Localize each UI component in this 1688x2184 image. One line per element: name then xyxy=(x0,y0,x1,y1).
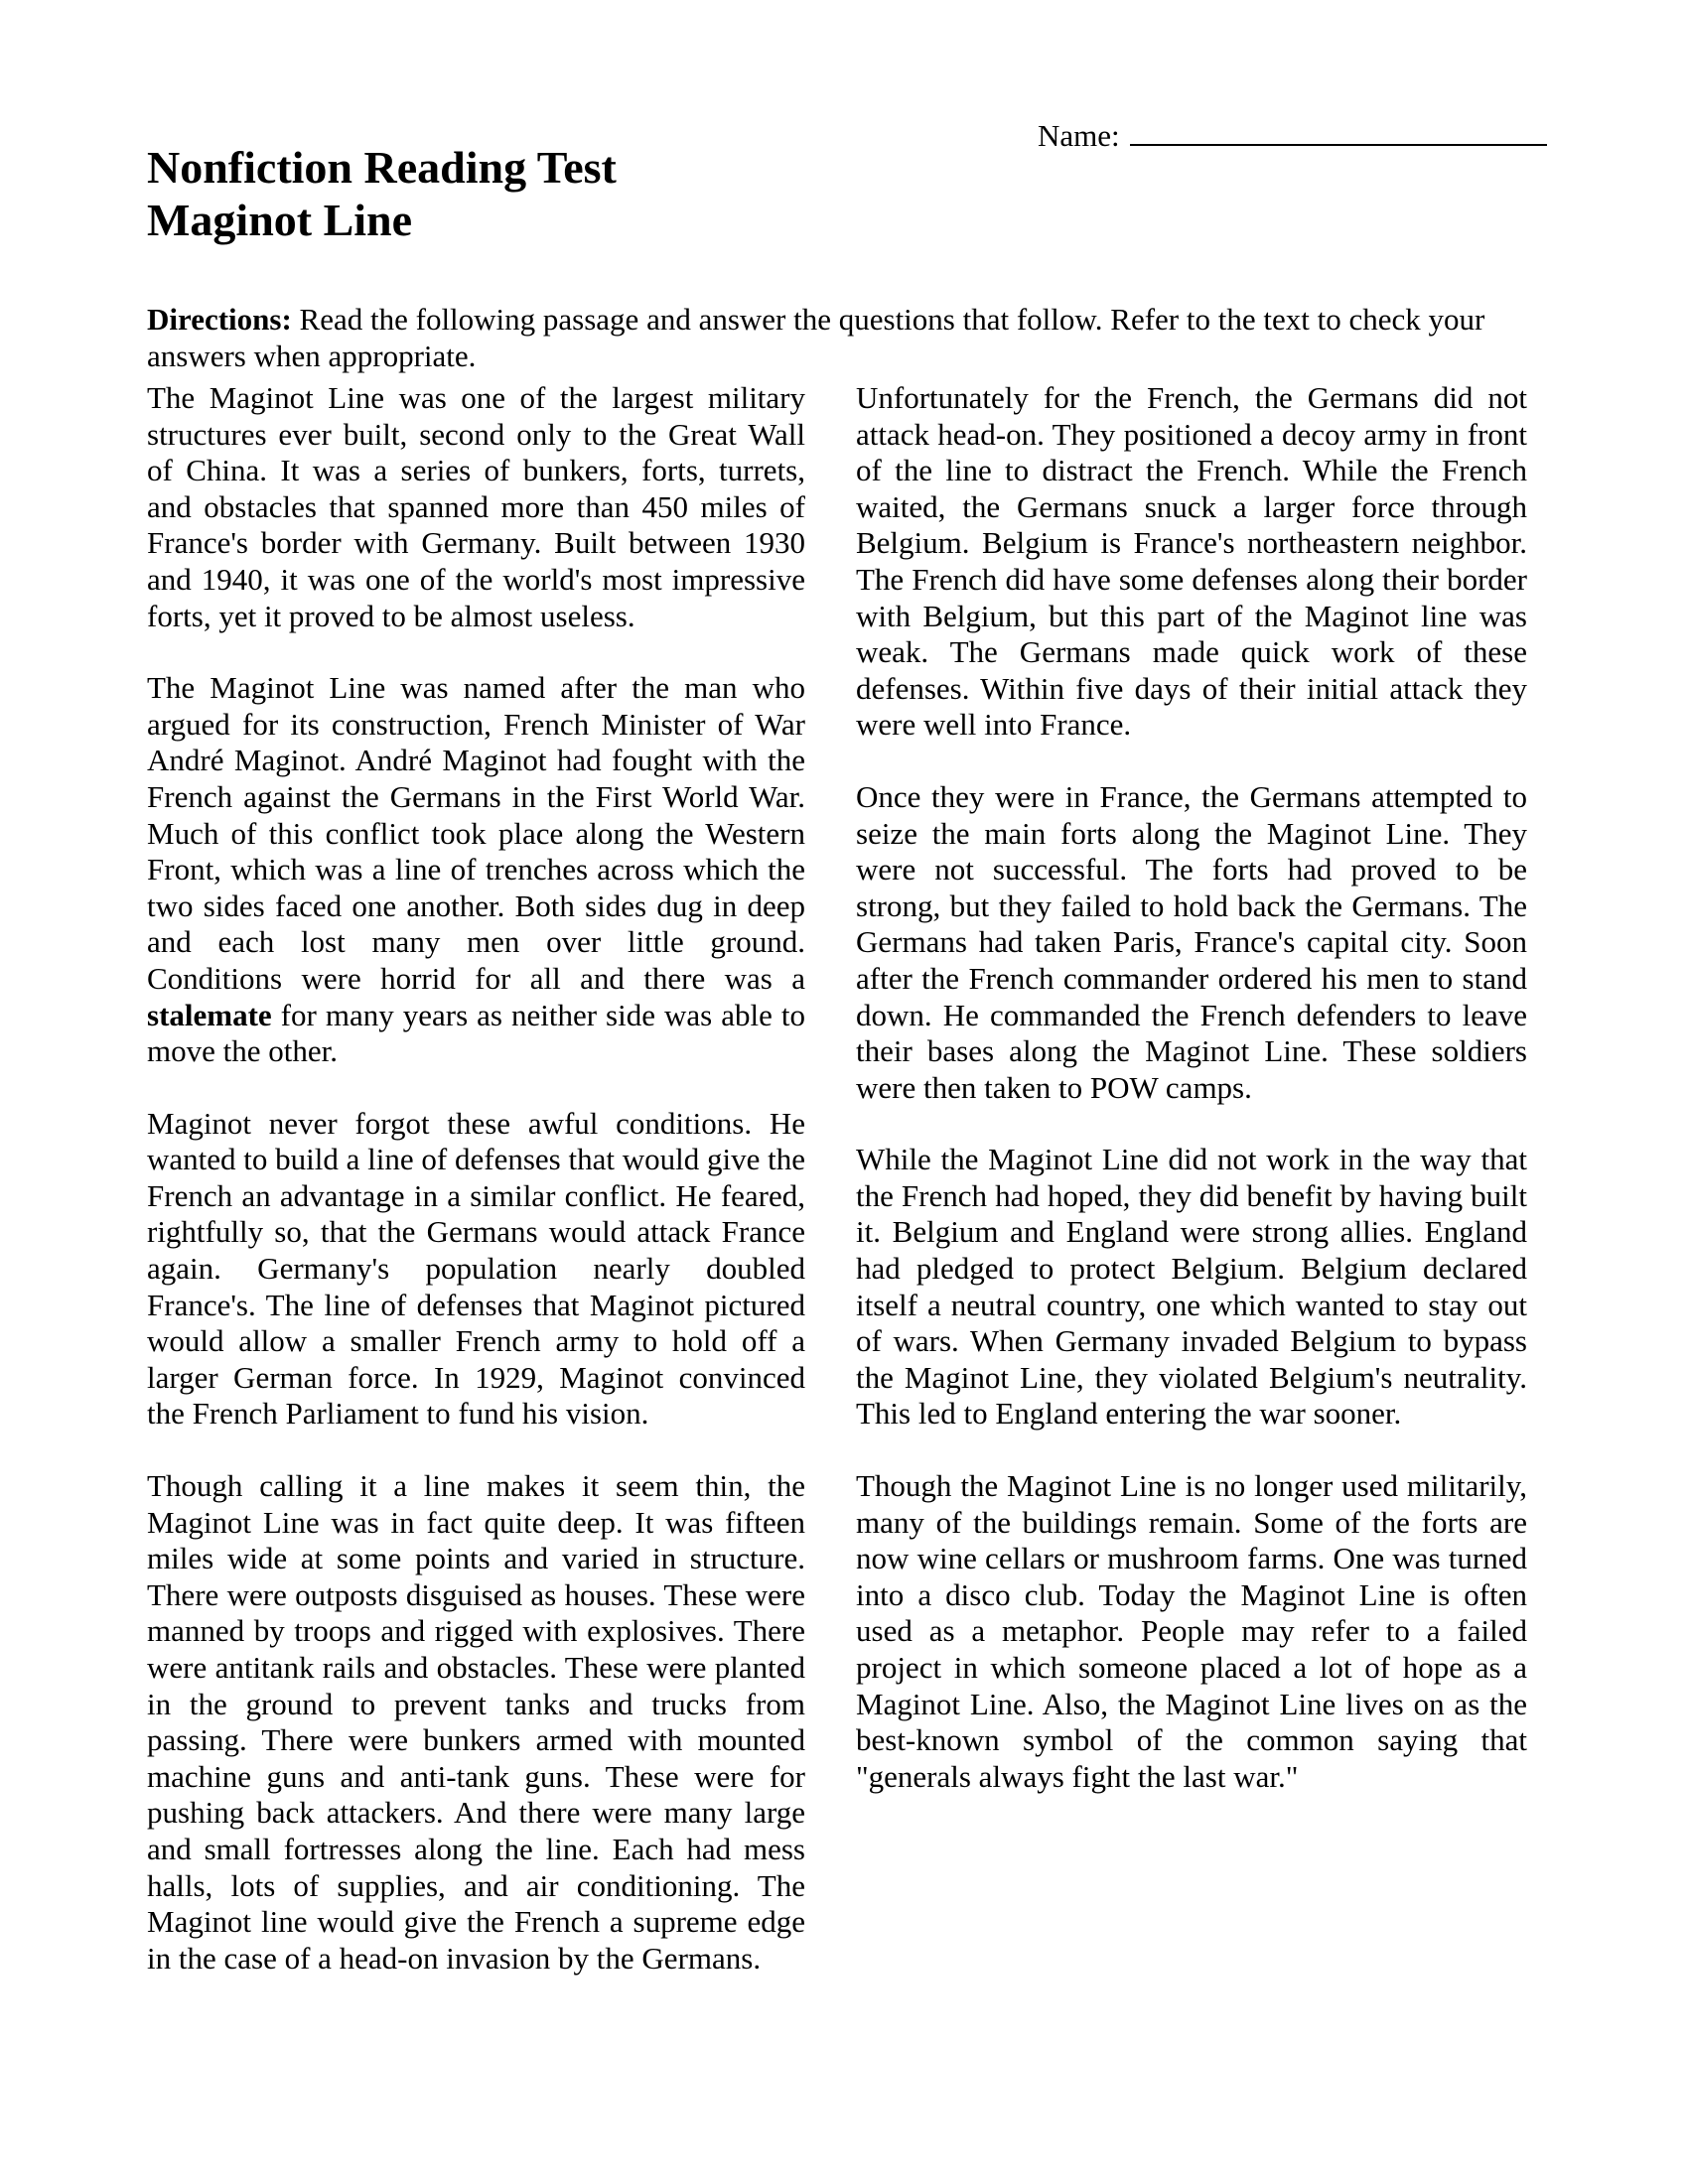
paragraph-text: The Maginot Line was one of the largest … xyxy=(147,380,805,633)
paragraph-text: Once they were in France, the Germans at… xyxy=(856,779,1527,1105)
passage-column-right: Unfortunately for the French, the German… xyxy=(856,380,1527,1977)
worksheet-page: Name: Nonfiction Reading Test Maginot Li… xyxy=(0,0,1688,2184)
directions-label: Directions: xyxy=(147,302,292,337)
passage-paragraph-1: The Maginot Line was one of the largest … xyxy=(147,380,805,634)
passage-paragraph-8: Though the Maginot Line is no longer use… xyxy=(856,1468,1527,1795)
passage-paragraph-4: Though calling it a line makes it seem t… xyxy=(147,1468,805,1977)
passage-paragraph-6: Once they were in France, the Germans at… xyxy=(856,779,1527,1106)
paragraph-text: Maginot never forgot these awful conditi… xyxy=(147,1106,805,1432)
page-title: Nonfiction Reading Test Maginot Line xyxy=(147,141,617,246)
passage-paragraph-2: The Maginot Line was named after the man… xyxy=(147,670,805,1070)
name-label: Name: xyxy=(1038,118,1120,153)
directions: Directions: Read the following passage a… xyxy=(147,301,1529,374)
page-title-line-2: Maginot Line xyxy=(147,194,617,246)
passage: The Maginot Line was one of the largest … xyxy=(147,380,1527,1977)
name-row: Name: xyxy=(1038,117,1547,154)
name-blank-line[interactable] xyxy=(1130,144,1547,146)
passage-paragraph-3: Maginot never forgot these awful conditi… xyxy=(147,1106,805,1433)
paragraph-text: The Maginot Line was named after the man… xyxy=(147,670,805,996)
passage-paragraph-5: Unfortunately for the French, the German… xyxy=(856,380,1527,744)
bold-term-stalemate: stalemate xyxy=(147,998,272,1032)
paragraph-text: Though the Maginot Line is no longer use… xyxy=(856,1468,1527,1794)
page-title-line-1: Nonfiction Reading Test xyxy=(147,141,617,194)
paragraph-text: While the Maginot Line did not work in t… xyxy=(856,1142,1527,1431)
paragraph-text: Unfortunately for the French, the German… xyxy=(856,380,1527,742)
passage-paragraph-7: While the Maginot Line did not work in t… xyxy=(856,1142,1527,1433)
paragraph-text: Though calling it a line makes it seem t… xyxy=(147,1468,805,1976)
directions-text: Read the following passage and answer th… xyxy=(147,302,1484,373)
passage-column-left: The Maginot Line was one of the largest … xyxy=(147,380,805,1977)
